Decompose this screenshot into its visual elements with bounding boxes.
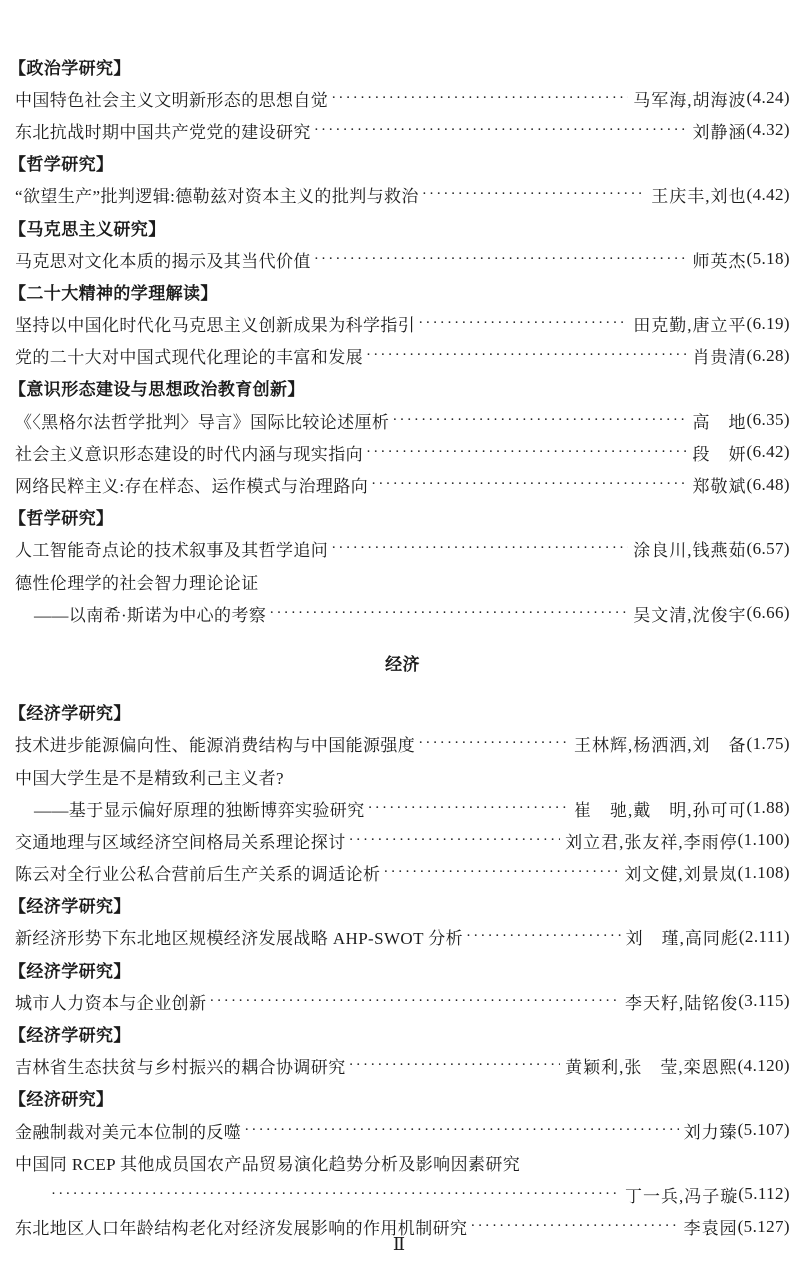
toc-entry: 社会主义意识形态建设的时代内涵与现实指向····················… [15,436,790,468]
section-label: 【意识形态建设与思想政治教育创新】 [9,375,305,400]
toc-entry: 坚持以中国化时代化马克思主义创新成果为科学指引·················… [15,308,790,340]
entry-page: (1.75) [747,734,790,754]
entry-page: (6.48) [747,475,790,495]
dot-leader: ········································… [209,993,620,1010]
section-label: 【经济研究】 [9,1085,113,1110]
entry-page: (1.88) [747,798,790,818]
dot-leader: ········································… [368,800,569,817]
toc-entry: 党的二十大对中国式现代化理论的丰富和发展····················… [15,340,790,372]
entry-title: 陈云对全行业公私合营前后生产关系的调适论析 [15,860,380,885]
entry-title: 网络民粹主义:存在样态、运作模式与治理路向 [15,472,368,497]
toc-entry: 吉林省生态扶贫与乡村振兴的耦合协调研究·····················… [15,1050,790,1082]
entry-authors: 刘力臻 [684,1118,738,1143]
toc-entry: 陈云对全行业公私合营前后生产关系的调适论析···················… [15,857,790,889]
entry-title: 德性伦理学的社会智力理论论证 [15,569,259,594]
entry-title: 坚持以中国化时代化马克思主义创新成果为科学指引 [15,311,415,336]
entry-authors: 郑敬斌 [693,472,747,497]
entry-page: (4.24) [747,88,790,108]
entry-authors: 刘静涵 [693,118,747,143]
toc-entry: 网络民粹主义:存在样态、运作模式与治理路向···················… [15,468,790,500]
toc-entry: 马克思对文化本质的揭示及其当代价值·······················… [15,243,790,275]
entry-title: 金融制裁对美元本位制的反噬 [15,1118,241,1143]
section-label: 【经济学研究】 [9,957,131,982]
entry-authors: 王林辉,杨洒洒,刘 备 [574,731,747,756]
toc-entry: 人工智能奇点论的技术叙事及其哲学追问······················… [15,533,790,565]
dot-leader: ········································… [269,605,628,622]
toc-entry: 交通地理与区域经济空间格局关系理论探讨·····················… [15,824,790,856]
dot-leader: ········································… [383,864,619,881]
section-label: 【经济学研究】 [9,892,131,917]
entry-page: (6.42) [747,442,790,462]
toc-entry: 东北抗战时期中国共产党党的建设研究·······················… [15,114,790,146]
dot-leader: ········································… [470,1218,678,1235]
dot-leader: ········································… [366,444,688,461]
part-header: 经济 [15,646,790,678]
entry-page: (5.107) [738,1120,790,1140]
dot-leader: ········································… [314,122,688,139]
entry-authors: 马军海,胡海波 [633,86,746,111]
toc-entry: 金融制裁对美元本位制的反噬···························… [15,1114,790,1146]
entry-title: 社会主义意识形态建设的时代内涵与现实指向 [15,440,363,465]
dot-leader: ········································… [466,928,621,945]
entry-authors: 李天籽,陆铭俊 [625,989,738,1014]
entry-authors: 王庆丰,刘也 [651,182,746,207]
entry-title: 东北抗战时期中国共产党党的建设研究 [15,118,311,143]
toc-section-heading: 【意识形态建设与思想政治教育创新】 [9,372,790,404]
toc-section-heading: 【哲学研究】 [9,501,790,533]
entry-authors: 高 地 [693,408,747,433]
entry-authors: 刘文健,刘景岚 [624,860,737,885]
section-label: 【马克思主义研究】 [9,215,166,240]
dot-leader: ········································… [392,412,687,429]
entry-title: 中国同 RCEP 其他成员国农产品贸易演化趋势分析及影响因素研究 [15,1150,520,1175]
dot-leader: ········································… [418,735,569,752]
entry-page: (4.42) [747,185,790,205]
entry-authors: 田克勤,唐立平 [633,311,746,336]
entry-page: (6.19) [747,314,790,334]
entry-authors: 黄颖利,张 莹,栾恩熙 [565,1053,738,1078]
part-label: 经济 [385,650,420,675]
entry-title: 中国大学生是不是精致利己主义者? [15,764,284,789]
entry-page: (6.28) [747,346,790,366]
toc-section-heading: 【经济学研究】 [9,953,790,985]
entry-authors: 丁一兵,冯子璇 [625,1182,738,1207]
entry-page: (5.112) [738,1184,790,1204]
entry-title: 党的二十大对中国式现代化理论的丰富和发展 [15,343,363,368]
entry-authors: 段 妍 [693,440,747,465]
dot-leader: ········································… [349,832,561,849]
entry-authors: 刘 瑾,高同彪 [626,924,739,949]
entry-title: 马克思对文化本质的揭示及其当代价值 [15,247,311,272]
toc-section-heading: 【经济研究】 [9,1082,790,1114]
entry-page: (2.111) [739,927,790,947]
entry-page: (6.57) [747,539,790,559]
entry-authors: 吴文清,沈俊宇 [633,601,746,626]
entry-title: “欲望生产”批判逻辑:德勒兹对资本主义的批判与救治 [15,182,419,207]
entry-page: (6.35) [747,410,790,430]
entry-page: (1.100) [738,830,790,850]
entry-authors: 肖贵清 [693,343,747,368]
dot-leader: ········································… [418,315,628,332]
toc-entry-title-line: 德性伦理学的社会智力理论论证 [15,565,790,597]
dot-leader: ········································… [331,90,628,107]
entry-page: (3.115) [738,991,790,1011]
toc-entry: ········································… [15,1178,790,1210]
toc-section-heading: 【政治学研究】 [9,50,790,82]
entry-page: (4.120) [738,1056,790,1076]
toc-entry-title-line: 中国大学生是不是精致利己主义者? [15,760,790,792]
entry-page: (5.18) [747,249,790,269]
entry-title: 技术进步能源偏向性、能源消费结构与中国能源强度 [15,731,415,756]
dot-leader: ········································… [422,186,646,203]
entry-title: 交通地理与区域经济空间格局关系理论探讨 [15,828,346,853]
toc-entry: “欲望生产”批判逻辑:德勒兹对资本主义的批判与救治···············… [15,179,790,211]
entry-title: 新经济形势下东北地区规模经济发展战略 AHP-SWOT 分析 [15,924,463,949]
toc-section-heading: 【经济学研究】 [9,696,790,728]
toc-section-heading: 【马克思主义研究】 [9,211,790,243]
entry-title: 《〈黑格尔法哲学批判〉导言》国际比较论述厘析 [15,408,389,433]
section-label: 【政治学研究】 [9,54,131,79]
section-label: 【哲学研究】 [9,150,113,175]
toc-entry: 城市人力资本与企业创新·····························… [15,985,790,1017]
entry-authors: 刘立君,张友祥,李雨停 [565,828,738,853]
dot-leader: ········································… [314,251,688,268]
toc-entry: 新经济形势下东北地区规模经济发展战略 AHP-SWOT 分析··········… [15,921,790,953]
entry-authors: 涂良川,钱燕茹 [633,536,746,561]
dot-leader: ········································… [331,540,628,557]
toc-section-heading: 【经济学研究】 [9,889,790,921]
toc-entry: 《〈黑格尔法哲学批判〉导言》国际比较论述厘析··················… [15,404,790,436]
toc-section-heading: 【二十大精神的学理解读】 [9,275,790,307]
dot-leader: ········································… [349,1057,561,1074]
section-label: 【经济学研究】 [9,699,131,724]
toc-entry: 技术进步能源偏向性、能源消费结构与中国能源强度·················… [15,728,790,760]
dot-leader: ········································… [244,1122,678,1139]
dot-leader: ········································… [371,476,687,493]
entry-title: 城市人力资本与企业创新 [15,989,206,1014]
entry-title: ——以南希·斯诺为中心的考察 [34,601,266,626]
section-label: 【哲学研究】 [9,504,113,529]
toc-entry: ——以南希·斯诺为中心的考察··························… [15,597,790,629]
entry-title: ——基于显示偏好原理的独断博弈实验研究 [34,796,365,821]
entry-authors: 崔 驰,戴 明,孙可可 [574,796,747,821]
toc-section-heading: 【哲学研究】 [9,147,790,179]
section-label: 【二十大精神的学理解读】 [9,279,218,304]
dot-leader: ········································… [366,347,688,364]
entry-page: (1.108) [738,863,790,883]
entry-title: 中国特色社会主义文明新形态的思想自觉 [15,86,328,111]
table-of-contents: 【政治学研究】中国特色社会主义文明新形态的思想自觉···············… [0,0,799,1243]
section-label: 【经济学研究】 [9,1021,131,1046]
dot-leader: ········································… [51,1186,620,1203]
entry-authors: 师英杰 [693,247,747,272]
page-number: Ⅱ [0,1234,799,1255]
toc-entry: ——基于显示偏好原理的独断博弈实验研究·····················… [15,792,790,824]
toc-section-heading: 【经济学研究】 [9,1017,790,1049]
entry-title: 人工智能奇点论的技术叙事及其哲学追问 [15,536,328,561]
toc-entry-title-line: 中国同 RCEP 其他成员国农产品贸易演化趋势分析及影响因素研究 [15,1146,790,1178]
entry-page: (4.32) [747,120,790,140]
entry-title: 吉林省生态扶贫与乡村振兴的耦合协调研究 [15,1053,346,1078]
entry-page: (6.66) [747,603,790,623]
toc-entry: 中国特色社会主义文明新形态的思想自觉······················… [15,82,790,114]
